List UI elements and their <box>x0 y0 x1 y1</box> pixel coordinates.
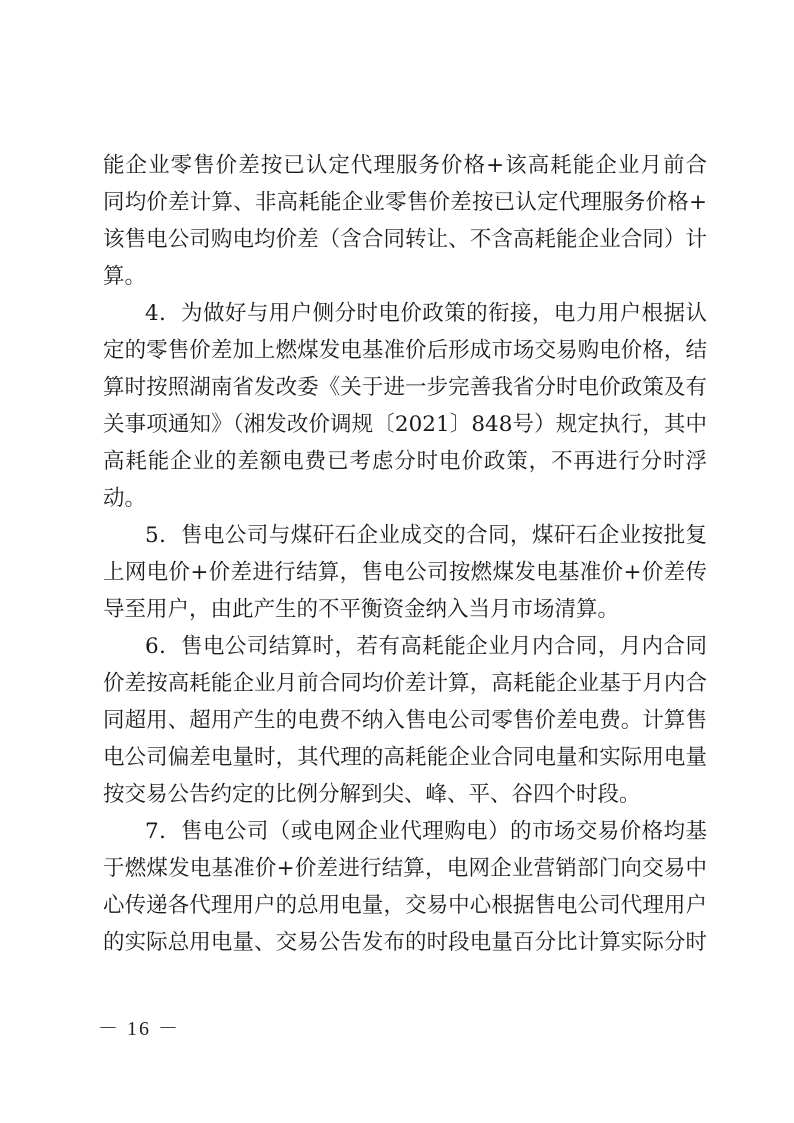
document-page: 能企业零售价差按已认定代理服务价格+该高耗能企业月前合 同均价差计算、非高耗能企… <box>0 0 794 1123</box>
paragraph-7-start: 7．售电公司（或电网企业代理购电）的市场交易价格均基 <box>145 813 707 850</box>
text-line: 导至用户，由此产生的不平衡资金纳入当月市场清算。 <box>103 591 707 628</box>
text-line: 该售电公司购电均价差（含合同转让、不含高耗能企业合同）计 <box>103 221 707 258</box>
paragraph-5-start: 5．售电公司与煤矸石企业成交的合同，煤矸石企业按批复 <box>145 517 707 554</box>
text-line: 心传递各代理用户的总用电量，交易中心根据售电公司代理用户 <box>103 887 707 924</box>
paragraph-6-start: 6．售电公司结算时，若有高耗能企业月内合同，月内合同 <box>145 628 707 665</box>
paragraph-4-start: 4．为做好与用户侧分时电价政策的衔接，电力用户根据认 <box>145 295 707 332</box>
text-line: 高耗能企业的差额电费已考虑分时电价政策，不再进行分时浮 <box>103 443 707 480</box>
text-line: 能企业零售价差按已认定代理服务价格+该高耗能企业月前合 <box>103 147 707 184</box>
text-line: 按交易公告约定的比例分解到尖、峰、平、谷四个时段。 <box>103 776 707 813</box>
text-line: 的实际总用电量、交易公告发布的时段电量百分比计算实际分时 <box>103 924 707 961</box>
text-line: 动。 <box>103 480 707 517</box>
text-line: 算时按照湖南省发改委《关于进一步完善我省分时电价政策及有 <box>103 369 707 406</box>
text-line: 同超用、超用产生的电费不纳入售电公司零售价差电费。计算售 <box>103 702 707 739</box>
text-line: 关事项通知》（湘发改价调规〔2021〕848号）规定执行，其中 <box>103 406 707 443</box>
text-line: 定的零售价差加上燃煤发电基准价后形成市场交易购电价格，结 <box>103 332 707 369</box>
page-number: － 16 － <box>98 1012 180 1041</box>
text-line: 上网电价+价差进行结算，售电公司按燃煤发电基准价+价差传 <box>103 554 707 591</box>
text-line: 同均价差计算、非高耗能企业零售价差按已认定代理服务价格+ <box>103 184 707 221</box>
text-line: 算。 <box>103 258 707 295</box>
text-line: 电公司偏差电量时，其代理的高耗能企业合同电量和实际用电量 <box>103 739 707 776</box>
text-line: 于燃煤发电基准价+价差进行结算，电网企业营销部门向交易中 <box>103 850 707 887</box>
text-line: 价差按高耗能企业月前合同均价差计算，高耗能企业基于月内合 <box>103 665 707 702</box>
